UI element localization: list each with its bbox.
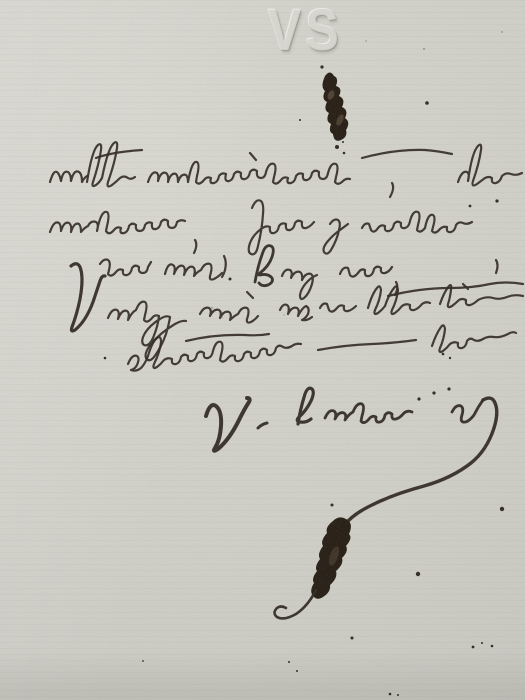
- handwriting-ink-svg: [0, 0, 525, 700]
- paper-grain-overlay: [0, 0, 525, 700]
- letter-photograph: VS: [0, 0, 525, 700]
